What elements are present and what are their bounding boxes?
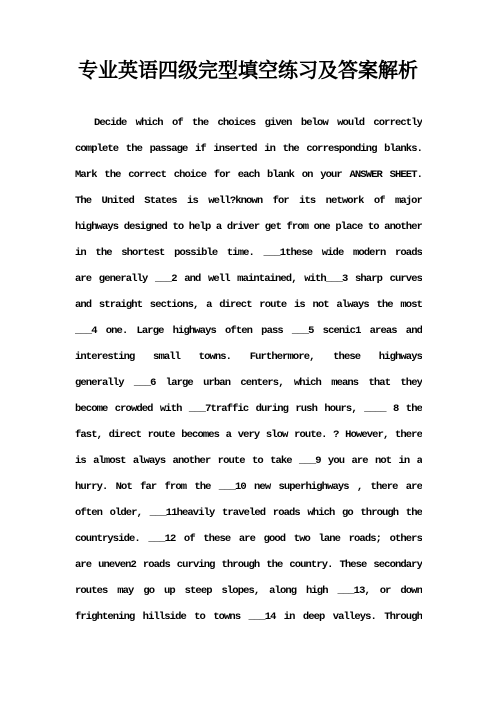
text-line: Decide which of the choices given below …	[75, 110, 422, 136]
text-line: fast, direct route becomes a very slow r…	[75, 422, 422, 448]
text-line: is almost always another route to take _…	[75, 448, 422, 474]
text-line: are generally ___2 and well maintained, …	[75, 266, 422, 292]
text-line: highways designed to help a driver get f…	[75, 214, 422, 240]
passage-paragraph: Decide which of the choices given below …	[75, 110, 422, 630]
text-line: complete the passage if inserted in the …	[75, 136, 422, 162]
text-line: are uneven2 roads curving through the co…	[75, 552, 422, 578]
text-line: Mark the correct choice for each blank o…	[75, 162, 422, 188]
document-title: 专业英语四级完型填空练习及答案解析	[0, 56, 496, 84]
text-line: become crowded with ___7traffic during r…	[75, 396, 422, 422]
text-line: in the shortest possible time. ___1these…	[75, 240, 422, 266]
text-line: routes may go up steep slopes, along hig…	[75, 578, 422, 604]
text-line: hurry. Not far from the ___10 new superh…	[75, 474, 422, 500]
document-page: 专业英语四级完型填空练习及答案解析 Decide which of the ch…	[0, 0, 496, 702]
text-line: The United States is well?known for its …	[75, 188, 422, 214]
text-line: interesting small towns. Furthermore, th…	[75, 344, 422, 370]
text-line: and straight sections, a direct route is…	[75, 292, 422, 318]
text-line: frightening hillside to towns ___14 in d…	[75, 604, 422, 630]
text-line: ___4 one. Large highways often pass ___5…	[75, 318, 422, 344]
text-line: often older, ___11heavily traveled roads…	[75, 500, 422, 526]
text-line: countryside. ___12 of these are good two…	[75, 526, 422, 552]
text-line: generally ___6 large urban centers, whic…	[75, 370, 422, 396]
